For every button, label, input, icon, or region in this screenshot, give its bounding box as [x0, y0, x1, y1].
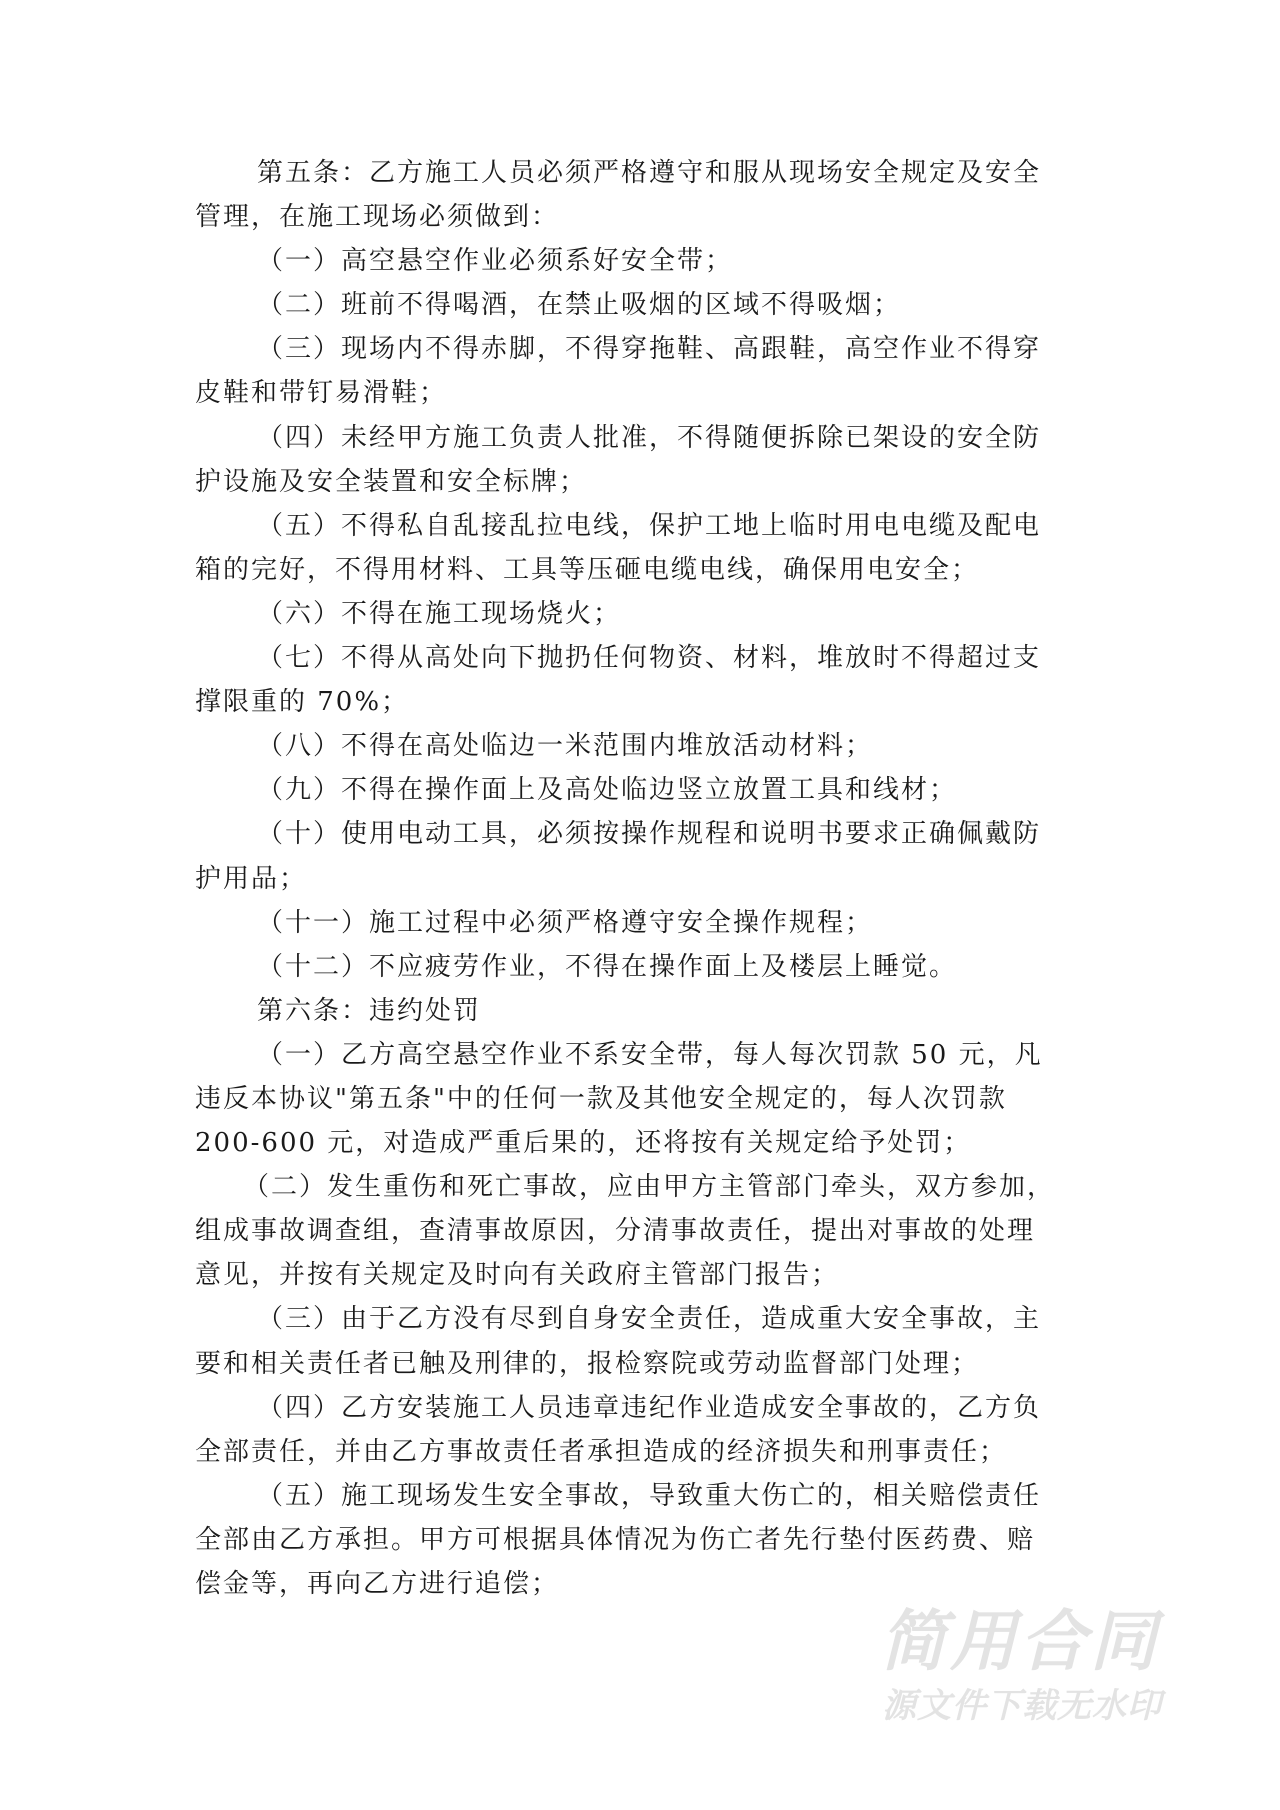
article-6-item-2-cont-2: 意见，并按有关规定及时向有关政府主管部门报告；: [195, 1253, 1085, 1297]
article-5-item-9: （九）不得在操作面上及高处临边竖立放置工具和线材；: [195, 768, 1085, 812]
article-5-item-7: （七）不得从高处向下抛扔任何物资、材料，堆放时不得超过支: [195, 636, 1085, 680]
article-5-item-3: （三）现场内不得赤脚，不得穿拖鞋、高跟鞋，高空作业不得穿: [195, 327, 1085, 371]
article-6-item-5: （五）施工现场发生安全事故，导致重大伤亡的，相关赔偿责任: [195, 1474, 1085, 1518]
article-5-item-8: （八）不得在高处临边一米范围内堆放活动材料；: [195, 724, 1085, 768]
article-5-item-4: （四）未经甲方施工负责人批准，不得随便拆除已架设的安全防: [195, 416, 1085, 460]
document-page: 第五条：乙方施工人员必须严格遵守和服从现场安全规定及安全 管理，在施工现场必须做…: [0, 0, 1280, 1810]
article-6-item-3-cont: 要和相关责任者已触及刑律的，报检察院或劳动监督部门处理；: [195, 1342, 1085, 1386]
article-5-item-2: （二）班前不得喝酒，在禁止吸烟的区域不得吸烟；: [195, 283, 1085, 327]
article-5-heading-cont: 管理，在施工现场必须做到：: [195, 195, 1085, 239]
article-5-item-12: （十二）不应疲劳作业，不得在操作面上及楼层上睡觉。: [195, 945, 1085, 989]
article-5-item-5: （五）不得私自乱接乱拉电线，保护工地上临时用电电缆及配电: [195, 504, 1085, 548]
watermark-subtitle: 源文件下载无水印: [882, 1678, 1162, 1727]
article-5-item-1: （一）高空悬空作业必须系好安全带；: [195, 239, 1085, 283]
article-5-item-4-cont: 护设施及安全装置和安全标牌；: [195, 460, 1085, 504]
article-5-item-10-cont: 护用品；: [195, 857, 1085, 901]
article-6-item-4: （四）乙方安装施工人员违章违纪作业造成安全事故的，乙方负: [195, 1386, 1085, 1430]
article-6-item-2: （二）发生重伤和死亡事故，应由甲方主管部门牵头，双方参加，: [195, 1165, 1085, 1209]
article-6-item-5-cont-1: 全部由乙方承担。甲方可根据具体情况为伤亡者先行垫付医药费、赔: [195, 1518, 1085, 1562]
article-6-item-3: （三）由于乙方没有尽到自身安全责任，造成重大安全事故，主: [195, 1297, 1085, 1341]
article-6-heading: 第六条：违约处罚: [195, 989, 1085, 1033]
article-6-item-1-cont-2: 200-600 元，对造成严重后果的，还将按有关规定给予处罚；: [195, 1121, 1085, 1165]
document-body: 第五条：乙方施工人员必须严格遵守和服从现场安全规定及安全 管理，在施工现场必须做…: [195, 151, 1085, 1606]
article-5-item-3-cont: 皮鞋和带钉易滑鞋；: [195, 371, 1085, 415]
article-5-item-6: （六）不得在施工现场烧火；: [195, 592, 1085, 636]
article-6-item-4-cont: 全部责任，并由乙方事故责任者承担造成的经济损失和刑事责任；: [195, 1430, 1085, 1474]
article-6-item-2-cont-1: 组成事故调查组，查清事故原因，分清事故责任，提出对事故的处理: [195, 1209, 1085, 1253]
article-5-item-5-cont: 箱的完好，不得用材料、工具等压砸电缆电线，确保用电安全；: [195, 548, 1085, 592]
article-5-item-7-cont: 撑限重的 70%；: [195, 680, 1085, 724]
article-6-item-1: （一）乙方高空悬空作业不系安全带，每人每次罚款 50 元，凡: [195, 1033, 1085, 1077]
article-5-heading-line: 第五条：乙方施工人员必须严格遵守和服从现场安全规定及安全: [195, 151, 1085, 195]
article-5-item-11: （十一）施工过程中必须严格遵守安全操作规程；: [195, 901, 1085, 945]
watermark-logo-text: 简用合同: [880, 1588, 1160, 1683]
article-5-item-10: （十）使用电动工具，必须按操作规程和说明书要求正确佩戴防: [195, 812, 1085, 856]
article-6-item-1-cont-1: 违反本协议"第五条"中的任何一款及其他安全规定的，每人次罚款: [195, 1077, 1085, 1121]
